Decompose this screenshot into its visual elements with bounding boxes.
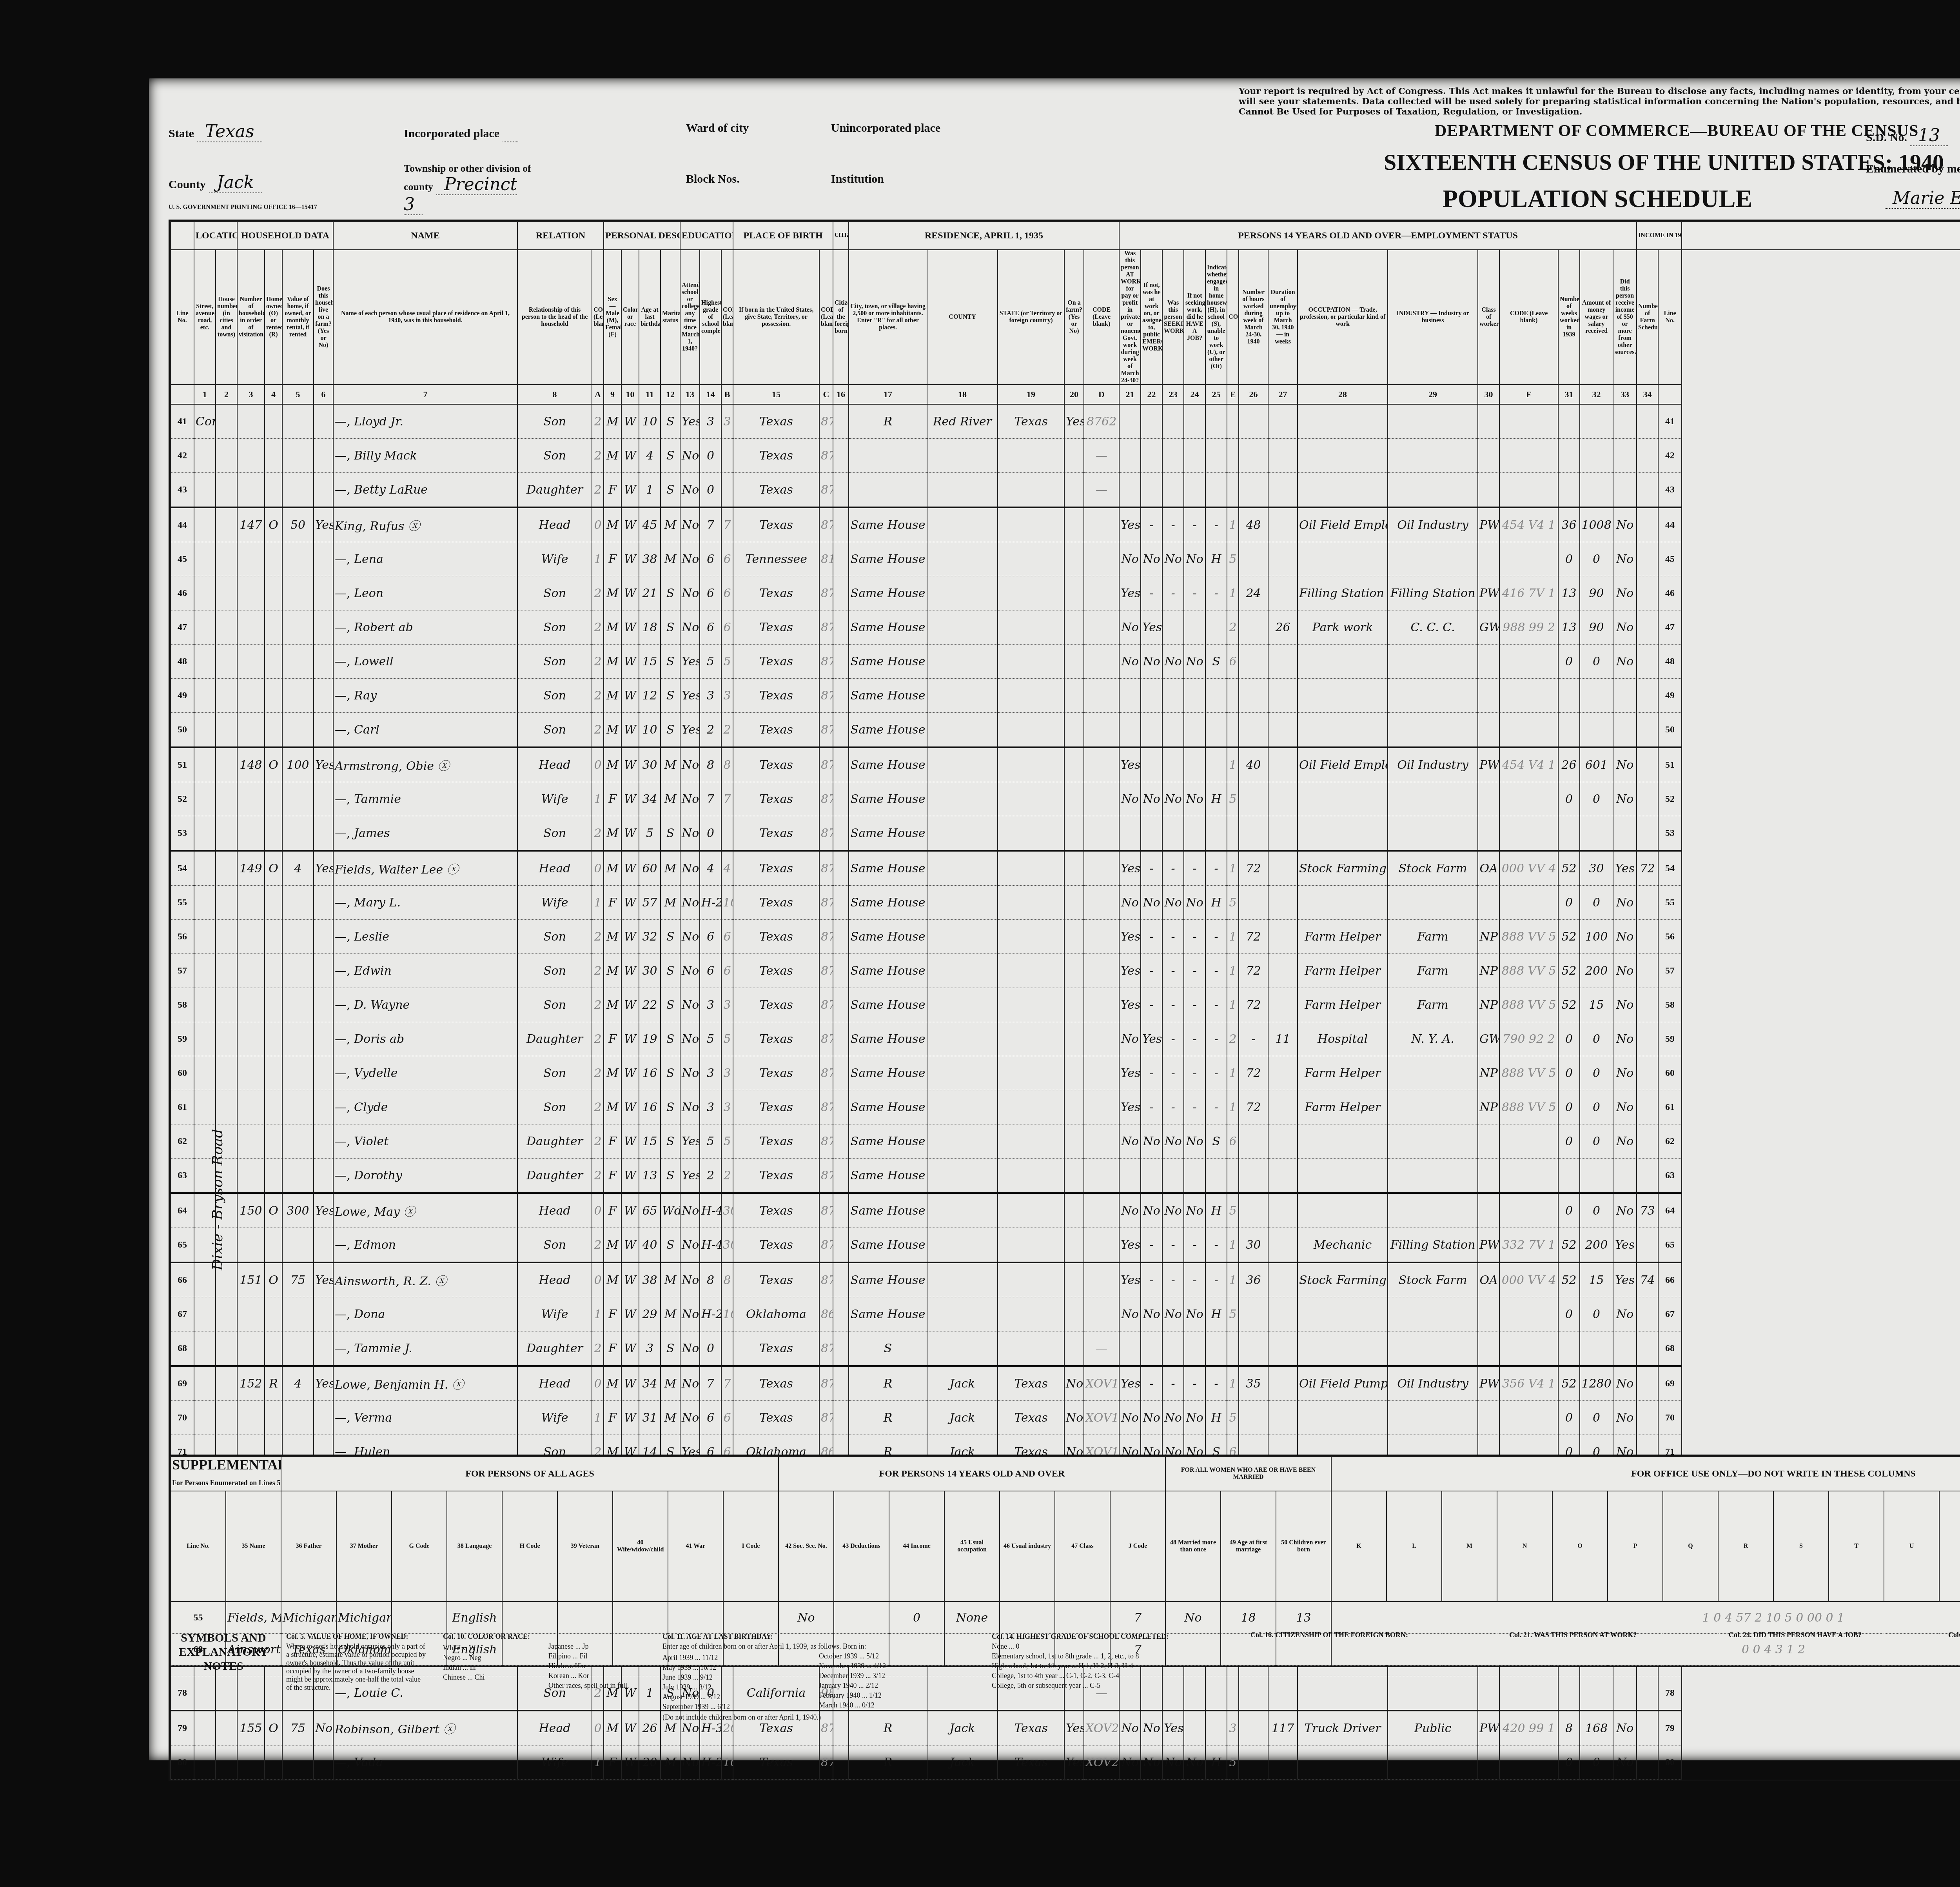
supp-column-header: R (1718, 1491, 1773, 1602)
cell-hh (237, 1228, 265, 1263)
cell-other: No (1613, 1401, 1637, 1435)
cell-cls (1478, 439, 1499, 473)
cell-cit (833, 1228, 849, 1263)
cell-sex: F (604, 1331, 621, 1366)
cell-res-county (927, 1124, 998, 1159)
cell-value (282, 920, 314, 954)
cell-wks: 0 (1558, 886, 1580, 920)
cell-name: —, D. Wayne (333, 988, 517, 1022)
cell-d (1084, 851, 1119, 886)
cell-birth: Texas (733, 1366, 819, 1401)
col-line-no (171, 222, 194, 250)
cell-d (1084, 576, 1119, 610)
column-header: Indicate whether engaged in home housewo… (1205, 250, 1227, 385)
cell-cit (833, 1090, 849, 1124)
column-header: On a farm? (Yes or No) (1064, 250, 1084, 385)
cell-w24 (1184, 610, 1205, 645)
cell-wks: 0 (1558, 1745, 1580, 1780)
cell-a: 0 (592, 1366, 604, 1401)
cell-wages: 100 (1580, 920, 1613, 954)
cell-sex: F (604, 1401, 621, 1435)
cell-unemp (1268, 1331, 1298, 1366)
cell-a: 0 (592, 1262, 604, 1297)
cell-mar: S (661, 576, 680, 610)
cell-age: 13 (639, 1159, 661, 1193)
cell-wages: 0 (1580, 1297, 1613, 1331)
cell-e: 1 (1227, 507, 1239, 542)
cell-a: 1 (592, 542, 604, 576)
cell-occ (1298, 679, 1388, 713)
cell-birth: Texas (733, 920, 819, 954)
cell-cit (833, 1401, 849, 1435)
cell-own (265, 713, 282, 748)
cell-wks: 52 (1558, 1366, 1580, 1401)
cell-value: 4 (282, 1366, 314, 1401)
cell-wages: 0 (1580, 1090, 1613, 1124)
cell-f (1499, 713, 1558, 748)
cell-d (1084, 988, 1119, 1022)
cell-rel: Wife (517, 1401, 592, 1435)
supp-cell-cls (1055, 1602, 1110, 1634)
cell-b: 30 (721, 1193, 733, 1228)
column-number: 23 (1162, 385, 1184, 404)
cell-rel: Head (517, 1193, 592, 1228)
cell-mar: S (661, 988, 680, 1022)
cell-farmsch (1637, 782, 1658, 816)
cell-w21: No (1119, 1022, 1141, 1056)
supp-cell-occ: None (944, 1602, 1000, 1634)
cell-hrs (1239, 679, 1268, 713)
cell-cls (1478, 645, 1499, 679)
note-item: Filipino ... Fil (548, 1652, 647, 1660)
cell-other: No (1613, 988, 1637, 1022)
cell-age: 45 (639, 507, 661, 542)
cell-res-farm (1064, 645, 1084, 679)
cell-w24: No (1184, 1193, 1205, 1228)
cell-street (194, 886, 216, 920)
cell-wages: 0 (1580, 645, 1613, 679)
cell-rel: Daughter (517, 1159, 592, 1193)
supp-column-header: 41 War (668, 1491, 723, 1602)
supp-cell-w48: No (1165, 1602, 1221, 1634)
cell-w25: - (1205, 851, 1227, 886)
cell-mar: S (661, 1124, 680, 1159)
cell-res-state: Texas (998, 1401, 1064, 1435)
cell-e (1227, 439, 1239, 473)
cell-street (194, 713, 216, 748)
cell-sex: M (604, 1262, 621, 1297)
cell-sex: M (604, 404, 621, 439)
line-number: 80 (1658, 1745, 1682, 1780)
cell-res-state (998, 816, 1064, 851)
cell-name: Ainsworth, R. Z. ⓧ (333, 1262, 517, 1297)
cell-cls: PW (1478, 747, 1499, 782)
cell-other (1613, 473, 1637, 508)
cell-a: 0 (592, 747, 604, 782)
cell-hrs: - (1239, 1022, 1268, 1056)
cell-e: 2 (1227, 1022, 1239, 1056)
cell-house (216, 645, 237, 679)
cell-res-state (998, 886, 1064, 920)
group-personal: PERSONAL DESCRIPTION (604, 222, 680, 250)
line-number: 48 (1658, 645, 1682, 679)
cell-w22: - (1141, 1228, 1162, 1263)
cell-race: W (621, 679, 639, 713)
cell-res-county (927, 576, 998, 610)
cell-mar: S (661, 473, 680, 508)
column-number: F (1499, 385, 1558, 404)
column-header: Value of home, if owned, or monthly rent… (282, 250, 314, 385)
cell-d: XOV2 (1084, 1745, 1119, 1780)
cell-w24: - (1184, 576, 1205, 610)
cell-birth: Texas (733, 1193, 819, 1228)
cell-sex: M (604, 954, 621, 988)
cell-b: 6 (721, 954, 733, 988)
census-title: SIXTEENTH CENSUS OF THE UNITED STATES: 1… (1384, 149, 1944, 175)
column-header: Class of worker (1478, 250, 1499, 385)
cell-birth: Texas (733, 1056, 819, 1090)
cell-other (1613, 439, 1637, 473)
cell-w24: - (1184, 988, 1205, 1022)
cell-a: 2 (592, 1056, 604, 1090)
cell-cls: PW (1478, 576, 1499, 610)
cell-f: 416 7V 1 (1499, 576, 1558, 610)
cell-own (265, 439, 282, 473)
supp-column-header: 44 Income (889, 1491, 944, 1602)
cell-house (216, 610, 237, 645)
cell-farmsch (1637, 1228, 1658, 1263)
cell-res-farm (1064, 954, 1084, 988)
explanatory-notes: SYMBOLS AND EXPLANATORY NOTES Col. 5. VA… (169, 1631, 1960, 1749)
column-number: 17 (849, 385, 927, 404)
cell-res-county (927, 1331, 998, 1366)
cell-cls: NP (1478, 1056, 1499, 1090)
cell-a: 2 (592, 1090, 604, 1124)
cell-res-farm (1064, 1228, 1084, 1263)
cell-d (1084, 1124, 1119, 1159)
cell-c: 87 (819, 679, 833, 713)
cell-cit (833, 1193, 849, 1228)
cell-w22: No (1141, 542, 1162, 576)
column-number: 32 (1580, 385, 1613, 404)
table-row: 41Cont'd—, Lloyd Jr.Son2MW10SYes33Texas8… (171, 404, 1960, 439)
column-number: 14 (700, 385, 721, 404)
note-item: Indian ... In (443, 1664, 541, 1672)
note-item: June 1939 ... 9/12 (662, 1673, 812, 1682)
column-header: Name of each person whose usual place of… (333, 250, 517, 385)
cell-e (1227, 473, 1239, 508)
cell-grade: 6 (700, 576, 721, 610)
table-row: 61—, ClydeSon2MW16SNo33Texas87Same House… (171, 1090, 1960, 1124)
cell-w23 (1162, 1159, 1184, 1193)
cell-res-farm (1064, 1331, 1084, 1366)
cell-hh (237, 1022, 265, 1056)
supplementary-title: SUPPLEMENTARY QUESTIONSFor Persons Enume… (171, 1457, 281, 1491)
column-header: CODE (Leave blank) (592, 250, 604, 385)
supp-cell-w50: 13 (1276, 1602, 1331, 1634)
cell-birth: Texas (733, 645, 819, 679)
cell-w24: - (1184, 1262, 1205, 1297)
cell-grade: 6 (700, 920, 721, 954)
cell-hh (237, 1159, 265, 1193)
cell-birth: Texas (733, 886, 819, 920)
cell-street (194, 679, 216, 713)
cell-c: 87 (819, 886, 833, 920)
cell-sex: M (604, 679, 621, 713)
cell-res-state (998, 747, 1064, 782)
supp-column-header: 48 Married more than once (1165, 1491, 1221, 1602)
supp-group-office: FOR OFFICE USE ONLY—DO NOT WRITE IN THES… (1331, 1457, 1960, 1491)
line-number: 52 (171, 782, 194, 816)
line-number: 55 (171, 1602, 226, 1634)
cell-race: W (621, 404, 639, 439)
cell-own (265, 610, 282, 645)
cell-own (265, 404, 282, 439)
cell-res-state (998, 610, 1064, 645)
column-number: E (1227, 385, 1239, 404)
cell-f: 888 VV 5 (1499, 988, 1558, 1022)
cell-res-farm (1064, 1159, 1084, 1193)
cell-own (265, 576, 282, 610)
cell-d (1084, 886, 1119, 920)
column-number: 11 (639, 385, 661, 404)
cell-own: O (265, 747, 282, 782)
cell-res-city: Same House (849, 507, 927, 542)
cell-res-city: R (849, 1745, 927, 1780)
line-number: 59 (1658, 1022, 1682, 1056)
cell-hh (237, 988, 265, 1022)
cell-grade: H-2 (700, 1297, 721, 1331)
column-header: INDUSTRY — Industry or business (1388, 250, 1478, 385)
column-header: Was this person SEEKING WORK? (1162, 250, 1184, 385)
cell-cls: GW (1478, 1022, 1499, 1056)
cell-c: 87 (819, 988, 833, 1022)
column-number: 2 (216, 385, 237, 404)
cell-unemp (1268, 713, 1298, 748)
cell-value (282, 1745, 314, 1780)
cell-res-farm (1064, 713, 1084, 748)
cell-f (1499, 1297, 1558, 1331)
cell-res-county (927, 713, 998, 748)
cell-ind: Oil Industry (1388, 507, 1478, 542)
column-header: City, town, or village having 2,500 or m… (849, 250, 927, 385)
column-number: 27 (1268, 385, 1298, 404)
cell-farm (314, 1745, 333, 1780)
cell-mar: S (661, 439, 680, 473)
cell-unemp (1268, 1228, 1298, 1263)
cell-res-city: Same House (849, 988, 927, 1022)
cell-race: W (621, 439, 639, 473)
cell-occ: Farm Helper (1298, 920, 1388, 954)
cell-sch: No (680, 1022, 700, 1056)
cell-hrs (1239, 1193, 1268, 1228)
cell-other: Yes (1613, 1262, 1637, 1297)
cell-f (1499, 1331, 1558, 1366)
cell-w22: - (1141, 988, 1162, 1022)
cell-a: 2 (592, 816, 604, 851)
cell-own (265, 782, 282, 816)
cell-other: No (1613, 1193, 1637, 1228)
column-header: Number of hours worked during week of Ma… (1239, 250, 1268, 385)
cell-farmsch (1637, 576, 1658, 610)
cell-hh (237, 439, 265, 473)
table-row: 54149O4YesFields, Walter Lee ⓧHead0MW60M… (171, 851, 1960, 886)
cell-w24 (1184, 816, 1205, 851)
cell-w25 (1205, 816, 1227, 851)
cell-cit (833, 747, 849, 782)
cell-mar: M (661, 542, 680, 576)
cell-res-county (927, 1056, 998, 1090)
cell-occ (1298, 542, 1388, 576)
cell-mar: S (661, 713, 680, 748)
cell-birth: Texas (733, 954, 819, 988)
note-item: Other races, spell out in full. (548, 1682, 647, 1690)
column-number: 31 (1558, 385, 1580, 404)
cell-w21: Yes (1119, 1090, 1141, 1124)
cell-res-farm (1064, 610, 1084, 645)
cell-d: XOV1 (1084, 1401, 1119, 1435)
cell-farm: Yes (314, 507, 333, 542)
cell-w21: Yes (1119, 851, 1141, 886)
cell-cls (1478, 1193, 1499, 1228)
cell-w24 (1184, 713, 1205, 748)
cell-house (216, 404, 237, 439)
line-number: 56 (1658, 920, 1682, 954)
cell-f (1499, 404, 1558, 439)
cell-w24: - (1184, 1090, 1205, 1124)
line-number: 65 (171, 1228, 194, 1263)
cell-mar: M (661, 782, 680, 816)
cell-house (216, 473, 237, 508)
cell-b (721, 1331, 733, 1366)
cell-other: No (1613, 920, 1637, 954)
cell-w22: No (1141, 1297, 1162, 1331)
cell-hrs: 24 (1239, 576, 1268, 610)
cell-street (194, 576, 216, 610)
column-header: Street, avenue, road, etc. (194, 250, 216, 385)
line-number: 55 (1658, 886, 1682, 920)
cell-sch: No (680, 1262, 700, 1297)
cell-d (1084, 1297, 1119, 1331)
note-item: January 1940 ... 2/12 (819, 1682, 968, 1690)
supp-column-header: 42 Soc. Sec. No. (779, 1491, 834, 1602)
cell-hh (237, 920, 265, 954)
cell-res-state (998, 988, 1064, 1022)
cell-street (194, 1297, 216, 1331)
cell-rel: Son (517, 954, 592, 988)
note-item: Japanese ... Jp (548, 1642, 647, 1651)
cell-res-city: Same House (849, 851, 927, 886)
cell-sch: No (680, 1056, 700, 1090)
cell-value (282, 1022, 314, 1056)
cell-occ (1298, 816, 1388, 851)
cell-street (194, 610, 216, 645)
cell-ind (1388, 645, 1478, 679)
cell-birth: Texas (733, 816, 819, 851)
column-number: 12 (661, 385, 680, 404)
cell-wks: 36 (1558, 507, 1580, 542)
cell-sch: No (680, 851, 700, 886)
cell-other (1613, 1159, 1637, 1193)
cell-sex: M (604, 645, 621, 679)
cell-wages (1580, 473, 1613, 508)
cell-w22: - (1141, 576, 1162, 610)
supp-cell-g (392, 1602, 447, 1634)
cell-w23: - (1162, 851, 1184, 886)
cell-grade: 6 (700, 610, 721, 645)
cell-sch: No (680, 920, 700, 954)
cell-w21: No (1119, 1124, 1141, 1159)
line-number: 49 (1658, 679, 1682, 713)
cell-race: W (621, 1193, 639, 1228)
table-row: 46—, LeonSon2MW21SNo66Texas87Same HouseY… (171, 576, 1960, 610)
cell-age: 19 (639, 1022, 661, 1056)
cell-e: 5 (1227, 886, 1239, 920)
cell-w25: - (1205, 576, 1227, 610)
table-row: 43—, Betty LaRueDaughter2FW1SNo0Texas87—… (171, 473, 1960, 508)
cell-e: 1 (1227, 851, 1239, 886)
cell-cls (1478, 886, 1499, 920)
note-item: February 1940 ... 1/12 (819, 1691, 968, 1700)
cell-occ (1298, 1331, 1388, 1366)
column-header: Amount of money wages or salary received (1580, 250, 1613, 385)
cell-farmsch (1637, 954, 1658, 988)
cell-birth: Texas (733, 473, 819, 508)
cell-grade: 0 (700, 816, 721, 851)
line-number: 41 (1658, 404, 1682, 439)
cell-cls (1478, 679, 1499, 713)
cell-grade: 0 (700, 1331, 721, 1366)
institution-field: Institution (831, 173, 884, 186)
line-number: 57 (171, 954, 194, 988)
cell-a: 2 (592, 1159, 604, 1193)
supp-cell-ss43 (834, 1602, 889, 1634)
cell-farmsch: 72 (1637, 851, 1658, 886)
cell-sex: F (604, 886, 621, 920)
cell-w21: Yes (1119, 1228, 1141, 1263)
cell-w23: - (1162, 1262, 1184, 1297)
line-number: 68 (171, 1331, 194, 1366)
supp-column-header: 40 Wife/widow/child (613, 1491, 668, 1602)
line-number: 58 (1658, 988, 1682, 1022)
cell-cit (833, 576, 849, 610)
cell-wks: 26 (1558, 747, 1580, 782)
cell-sch: Yes (680, 1159, 700, 1193)
column-number: 15 (733, 385, 819, 404)
cell-b: 6 (721, 610, 733, 645)
cell-hh (237, 1331, 265, 1366)
cell-c: 87 (819, 404, 833, 439)
cell-rel: Wife (517, 1745, 592, 1780)
cell-ind (1388, 404, 1478, 439)
cell-d (1084, 816, 1119, 851)
cell-w24: - (1184, 507, 1205, 542)
cell-name: —, Leon (333, 576, 517, 610)
cell-wks (1558, 1159, 1580, 1193)
cell-rel: Son (517, 1228, 592, 1263)
cell-house (216, 1401, 237, 1435)
cell-name: —, Edmon (333, 1228, 517, 1263)
cell-w22 (1141, 713, 1162, 748)
cell-rel: Son (517, 1090, 592, 1124)
cell-cit (833, 1366, 849, 1401)
cell-farmsch (1637, 1159, 1658, 1193)
cell-occ: Farm Helper (1298, 1090, 1388, 1124)
printing-office: U. S. GOVERNMENT PRINTING OFFICE 16—1541… (169, 204, 317, 211)
township-field: Township or other division of countyPrec… (404, 163, 533, 214)
line-number: 63 (1658, 1159, 1682, 1193)
cell-wks: 0 (1558, 1056, 1580, 1090)
